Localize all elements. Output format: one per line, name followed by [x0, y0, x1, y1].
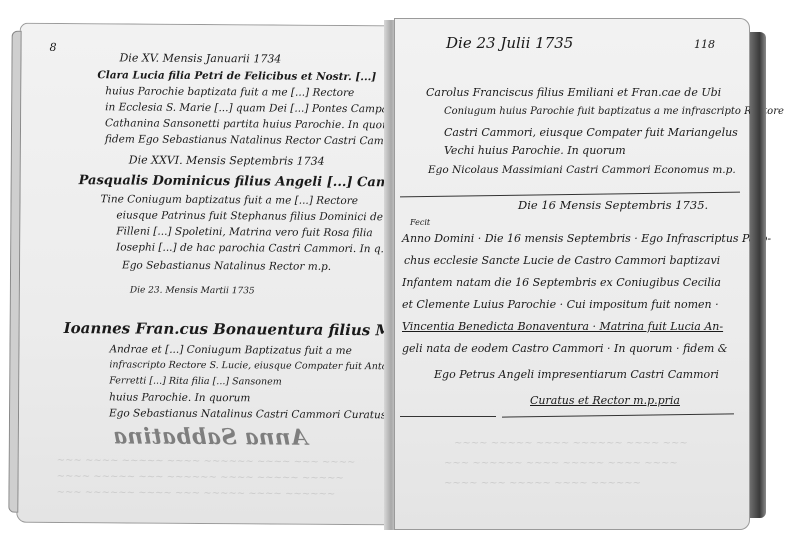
- entry-divider: [400, 192, 740, 198]
- entry-date: Die 23 Julii 1735: [446, 34, 573, 52]
- entry-date: Die XV. Mensis Januarii 1734: [119, 51, 281, 65]
- entry-line: Cathanina Sansonetti partita huius Paroc…: [105, 117, 404, 131]
- bleed-through-text: ~~~~ ~~~ ~~~~~ ~~~~ ~~~~~~: [444, 478, 641, 489]
- entry-line: eiusque Patrinus fuit Stephanus filius D…: [116, 209, 383, 223]
- entry-line: Infantem natam die 16 Septembris ex Coni…: [402, 276, 721, 289]
- bleed-through-text: ~~~~ ~~~~~ ~~~~ ~~~~~~ ~~~~ ~~~: [454, 438, 688, 449]
- entry-line: Carolus Franciscus filius Emiliani et Fr…: [426, 86, 721, 99]
- left-page: 8 Die XV. Mensis Januarii 1734 Clara Luc…: [16, 23, 391, 526]
- entry-line: Andrae et [...] Coniugum Baptizatus fuit…: [109, 343, 351, 357]
- entry-line: Anno Domini · Die 16 mensis Septembris ·…: [402, 232, 771, 245]
- entry-line: Ioannes Fran.cus Bonauentura filius Mani…: [64, 319, 430, 340]
- entry-line: Clara Lucia filia Petri de Felicibus et …: [97, 69, 376, 83]
- entry-line: Ego Sebastianus Natalinus Rector m.p.: [122, 259, 331, 272]
- entry-date: Die 16 Mensis Septembris 1735.: [518, 198, 708, 212]
- entry-line: Ego Nicolaus Massimiani Castri Cammori E…: [428, 164, 736, 176]
- entry-line: Curatus et Rector m.p.pria: [530, 394, 680, 407]
- bleed-through-heading: Anna Sabbatina: [113, 423, 308, 450]
- entry-line: infrascripto Rectore S. Lucie, eiusque C…: [109, 359, 407, 372]
- entry-divider: [400, 416, 496, 417]
- right-page: Die 23 Julii 1735 118 Carolus Franciscus…: [394, 18, 750, 530]
- entry-line: Pasqualis Dominicus filius Angeli [...] …: [79, 173, 427, 190]
- entry-date: Die 23. Mensis Martii 1735: [130, 285, 255, 296]
- entry-line: Ferretti [...] Rita filia [...] Sansonem: [109, 375, 282, 387]
- margin-note: Fecit: [410, 218, 430, 227]
- entry-line: huius Parochie. In quorum: [109, 391, 250, 404]
- entry-line: Castri Cammori, eiusque Compater fuit Ma…: [444, 126, 738, 139]
- entry-line: Tine Coniugum baptizatus fuit a me [...]…: [100, 193, 358, 207]
- entry-line: huius Parochie baptizata fuit a me [...]…: [105, 85, 354, 99]
- entry-line: Vechi huius Parochie. In quorum: [444, 144, 626, 157]
- bleed-through-text: ~~~ ~~~~~~ ~~~~ ~~~~~ ~~~~ ~~~~: [444, 458, 678, 469]
- bleed-through-text: ~~~~ ~~~~~ ~~~ ~~~~~~ ~~~~ ~~~~~ ~~~~~: [57, 471, 344, 484]
- bleed-through-text: ~~~ ~~~~~~ ~~~~ ~~~ ~~~~~ ~~~~ ~~~~~~: [56, 487, 335, 500]
- entry-line: Coniugum huius Parochie fuit baptizatus …: [444, 106, 784, 117]
- entry-line: geli nata de eodem Castro Cammori · In q…: [402, 342, 728, 355]
- entry-line: et Clemente Luius Parochie · Cui imposit…: [402, 298, 719, 311]
- entry-line: chus ecclesie Sancte Lucie de Castro Cam…: [404, 254, 720, 267]
- left-folio-number: 8: [50, 41, 57, 54]
- entry-line: Ego Sebastianus Natalinus Castri Cammori…: [109, 407, 413, 421]
- open-register-book: 8 Die XV. Mensis Januarii 1734 Clara Luc…: [18, 14, 768, 534]
- entry-line: Filleni [...] Spoletini, Matrina vero fu…: [116, 225, 372, 239]
- entry-line: Vincentia Benedicta Bonaventura · Matrin…: [402, 320, 723, 333]
- bleed-through-text: ~~~ ~~~~ ~~~~~ ~~~~ ~~~~~~ ~~~~ ~~~ ~~~~: [57, 455, 356, 468]
- right-folio-number: 118: [694, 38, 715, 51]
- entry-line: Iosephi [...] de hac parochia Castri Cam…: [116, 241, 417, 255]
- entry-line: in Ecclesia S. Marie [...] quam Dei [...…: [105, 101, 403, 115]
- entry-divider: [502, 413, 734, 417]
- entry-line: Ego Petrus Angeli impresentiarum Castri …: [434, 368, 719, 381]
- entry-date: Die XXVI. Mensis Septembris 1734: [129, 153, 325, 167]
